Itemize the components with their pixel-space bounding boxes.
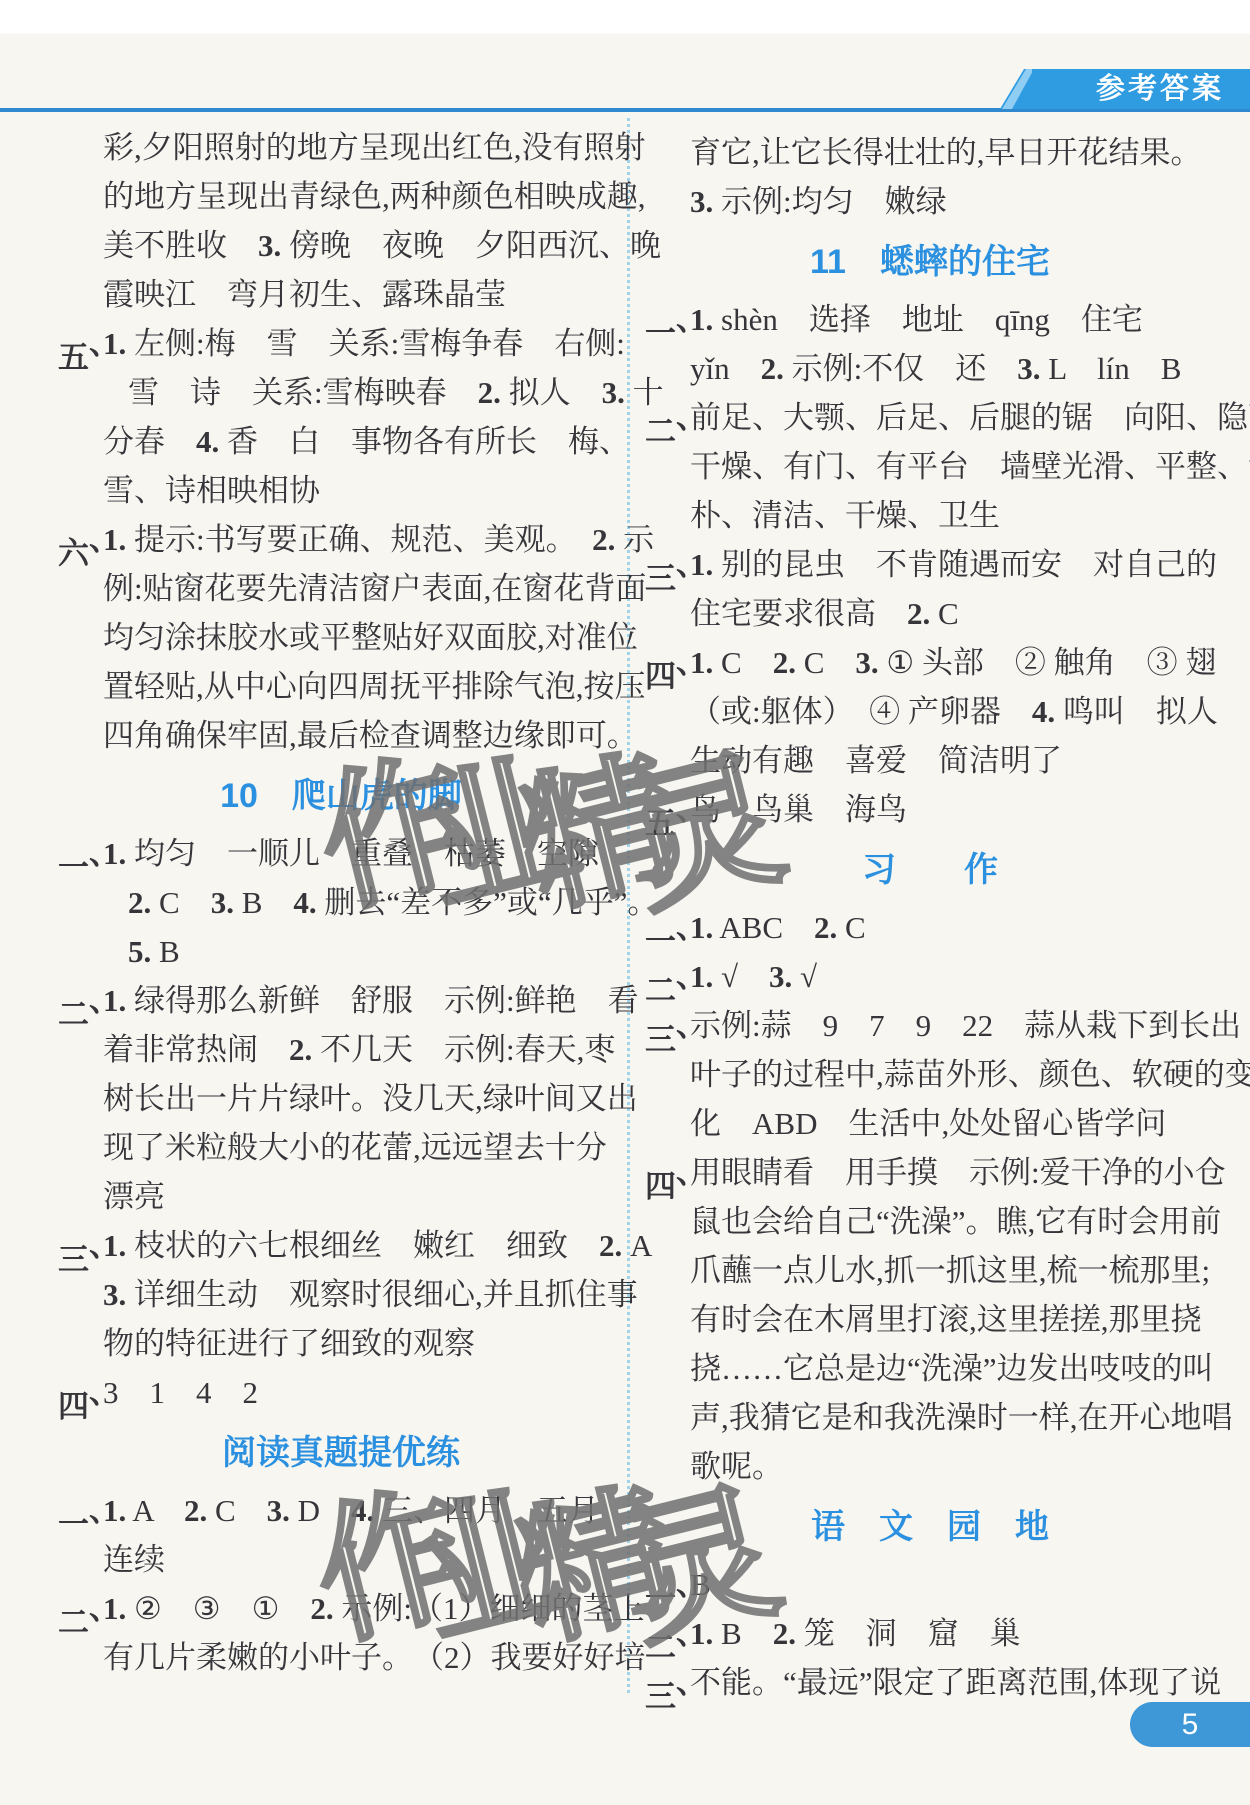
answer-line: 鸟 鸟巢 海鸟 xyxy=(690,785,1215,834)
section-header: 习 作 xyxy=(645,845,1215,895)
reference-answers-label: 参考答案 xyxy=(1096,69,1224,109)
answer-line: 有几片柔嫩的小叶子。 （2）我要好好培 xyxy=(103,1633,624,1682)
answer-line: 声,我猜它是和我洗澡时一样,在开心地唱 xyxy=(690,1393,1215,1442)
answer-line: 3. 详细生动 观察时很细心,并且抓住事 xyxy=(103,1270,624,1319)
item-marker: 四、 xyxy=(645,638,689,701)
answer-line: yǐn 2. 示例:不仅 还 3. L lín B xyxy=(690,344,1215,393)
item-marker: 三、 xyxy=(645,1001,689,1064)
answer-line: 1. 均匀 一顺儿 重叠 枯萎 空隙 xyxy=(103,829,624,878)
answer-line: 美不胜收 3. 傍晚 夜晚 夕阳西沉、晚 xyxy=(103,221,624,270)
item-marker: 六、 xyxy=(58,515,102,578)
answer-line: 用眼睛看 用手摸 示例:爱干净的小仓 xyxy=(690,1148,1215,1197)
right-column: 育它,让它长得壮壮的,早日开花结果。3. 示例:均匀 嫩绿11 蟋蟀的住宅一、1… xyxy=(645,128,1215,1707)
answer-line: （或:躯体） ④ 产卵器 4. 鸣叫 拟人 xyxy=(690,687,1215,736)
answer-block: 二、1. √ 3. √ xyxy=(645,952,1215,1001)
item-marker: 二、 xyxy=(58,976,102,1039)
answer-block: 四、3 1 4 2 xyxy=(58,1368,624,1417)
answer-line: 1. 别的昆虫 不肯随遇而安 对自己的 xyxy=(690,540,1215,589)
answer-line: 1. B 2. 笼 洞 窟 巢 xyxy=(690,1609,1215,1658)
answer-block: 育它,让它长得壮壮的,早日开花结果。3. 示例:均匀 嫩绿 xyxy=(645,128,1215,226)
answer-line: 例:贴窗花要先清洁窗户表面,在窗花背面 xyxy=(103,564,624,613)
answer-line: 不能。“最远”限定了距离范围,体现了说 xyxy=(690,1658,1215,1707)
answer-block: 一、1. shèn 选择 地址 qīng 住宅yǐn 2. 示例:不仅 还 3.… xyxy=(645,295,1215,393)
answer-line: 1. shèn 选择 地址 qīng 住宅 xyxy=(690,295,1215,344)
answer-line: 叶子的过程中,蒜苗外形、颜色、软硬的变 xyxy=(690,1050,1215,1099)
answer-line: 彩,夕阳照射的地方呈现出红色,没有照射 xyxy=(103,123,624,172)
answer-line: 有时会在木屑里打滚,这里搓搓,那里挠 xyxy=(690,1295,1215,1344)
item-marker: 二、 xyxy=(645,393,689,456)
ribbon-edge-highlight xyxy=(1002,69,1032,109)
item-marker: 五、 xyxy=(645,785,689,848)
answer-block: 五、鸟 鸟巢 海鸟 xyxy=(645,785,1215,834)
answer-line: 育它,让它长得壮壮的,早日开花结果。 xyxy=(690,128,1215,177)
answer-block: 一、B xyxy=(645,1560,1215,1609)
item-marker: 二、 xyxy=(58,1584,102,1647)
reference-answers-tab: 参考答案 xyxy=(1000,69,1250,109)
page-number-badge: 5 xyxy=(1130,1702,1250,1747)
answer-block: 一、1. ABC 2. C xyxy=(645,903,1215,952)
answer-block: 二、1. 绿得那么新鲜 舒服 示例:鲜艳 看着非常热闹 2. 不几天 示例:春天… xyxy=(58,976,624,1221)
answer-line: 现了米粒般大小的花蕾,远远望去十分 xyxy=(103,1123,624,1172)
answer-line: 分春 4. 香 白 事物各有所长 梅、 xyxy=(103,417,624,466)
item-marker: 一、 xyxy=(58,829,102,892)
answer-line: 1. √ 3. √ xyxy=(690,952,1215,1001)
answer-line: 住宅要求很高 2. C xyxy=(690,589,1215,638)
answer-block: 三、1. 枝状的六七根细丝 嫩红 细致 2. A3. 详细生动 观察时很细心,并… xyxy=(58,1221,624,1368)
answer-line: 置轻贴,从中心向四周抚平排除气泡,按压 xyxy=(103,662,624,711)
answer-line: 雪、诗相映相协 xyxy=(103,466,624,515)
answer-block: 三、示例:蒜 9 7 9 22 蒜从栽下到长出叶子的过程中,蒜苗外形、颜色、软硬… xyxy=(645,1001,1215,1148)
answer-line: 朴、清洁、干燥、卫生 xyxy=(690,491,1215,540)
answer-block: 四、1. C 2. C 3. ① 头部 ② 触角 ③ 翅（或:躯体） ④ 产卵器… xyxy=(645,638,1215,785)
answer-block: 四、用眼睛看 用手摸 示例:爱干净的小仓鼠也会给自己“洗澡”。瞧,它有时会用前爪… xyxy=(645,1148,1215,1491)
answer-line: 生动有趣 喜爱 简洁明了 xyxy=(690,736,1215,785)
answer-line: 鼠也会给自己“洗澡”。瞧,它有时会用前 xyxy=(690,1197,1215,1246)
answer-line: 物的特征进行了细致的观察 xyxy=(103,1319,624,1368)
item-marker: 三、 xyxy=(645,540,689,603)
answer-line: 四角确保牢固,最后检查调整边缘即可。 xyxy=(103,711,624,760)
answer-line: 1. 左侧:梅 雪 关系:雪梅争春 右侧: xyxy=(103,319,624,368)
item-marker: 一、 xyxy=(645,295,689,358)
answer-block: 一、1. 均匀 一顺儿 重叠 枯萎 空隙2. C 3. B 4. 删去“差不多”… xyxy=(58,829,624,976)
item-marker: 四、 xyxy=(645,1148,689,1211)
answer-line: 1. A 2. C 3. D 4. 三、四月 五月 xyxy=(103,1486,624,1535)
item-marker: 四、 xyxy=(58,1368,102,1431)
section-header: 10 爬山虎的脚 xyxy=(58,771,624,821)
answer-line: 示例:蒜 9 7 9 22 蒜从栽下到长出 xyxy=(690,1001,1215,1050)
answer-block: 二、前足、大颚、后足、后腿的锯 向阳、隐蔽、干燥、有门、有平台 墙壁光滑、平整、… xyxy=(645,393,1215,540)
answer-line: 树长出一片片绿叶。没几天,绿叶间又出 xyxy=(103,1074,624,1123)
left-column: 彩,夕阳照射的地方呈现出红色,没有照射的地方呈现出青绿色,两种颜色相映成趣,美不… xyxy=(58,123,624,1682)
item-marker: 一、 xyxy=(58,1486,102,1549)
answer-line: 干燥、有门、有平台 墙壁光滑、平整、简 xyxy=(690,442,1215,491)
answer-line: 化 ABD 生活中,处处留心皆学问 xyxy=(690,1099,1215,1148)
answer-line: 3. 示例:均匀 嫩绿 xyxy=(690,177,1215,226)
answer-line: 雪 诗 关系:雪梅映春 2. 拟人 3. 十 xyxy=(103,368,624,417)
answer-block: 一、1. A 2. C 3. D 4. 三、四月 五月连续 xyxy=(58,1486,624,1584)
answer-block: 二、1. ② ③ ① 2. 示例:（1）细细的茎上有几片柔嫩的小叶子。 （2）我… xyxy=(58,1584,624,1682)
answer-line: 3 1 4 2 xyxy=(103,1368,624,1417)
answer-line: 5. B xyxy=(103,927,624,976)
answer-line: 歌呢。 xyxy=(690,1442,1215,1491)
answer-line: 着非常热闹 2. 不几天 示例:春天,枣 xyxy=(103,1025,624,1074)
answer-line: 1. 绿得那么新鲜 舒服 示例:鲜艳 看 xyxy=(103,976,624,1025)
page-number: 5 xyxy=(1182,1708,1199,1742)
answer-line: 前足、大颚、后足、后腿的锯 向阳、隐蔽、 xyxy=(690,393,1215,442)
answer-block: 三、1. 别的昆虫 不肯随遇而安 对自己的住宅要求很高 2. C xyxy=(645,540,1215,638)
section-header: 语 文 园 地 xyxy=(645,1502,1215,1552)
answer-line: 爪蘸一点儿水,抓一抓这里,梳一梳那里; xyxy=(690,1246,1215,1295)
item-marker: 三、 xyxy=(645,1658,689,1721)
answer-line: 的地方呈现出青绿色,两种颜色相映成趣, xyxy=(103,172,624,221)
answer-line: 1. C 2. C 3. ① 头部 ② 触角 ③ 翅 xyxy=(690,638,1215,687)
answer-line: 连续 xyxy=(103,1535,624,1584)
answer-line: 漂亮 xyxy=(103,1172,624,1221)
item-marker: 三、 xyxy=(58,1221,102,1284)
answer-block: 二、1. B 2. 笼 洞 窟 巢 xyxy=(645,1609,1215,1658)
answer-block: 六、1. 提示:书写要正确、规范、美观。 2. 示例:贴窗花要先清洁窗户表面,在… xyxy=(58,515,624,760)
answer-key-page: 参考答案 彩,夕阳照射的地方呈现出红色,没有照射的地方呈现出青绿色,两种颜色相映… xyxy=(0,0,1250,1805)
answer-line: 霞映江 弯月初生、露珠晶莹 xyxy=(103,270,624,319)
answer-line: 1. 提示:书写要正确、规范、美观。 2. 示 xyxy=(103,515,624,564)
item-marker: 五、 xyxy=(58,319,102,382)
answer-line: 1. ② ③ ① 2. 示例:（1）细细的茎上 xyxy=(103,1584,624,1633)
section-header: 阅读真题提优练 xyxy=(58,1428,624,1478)
section-header: 11 蟋蟀的住宅 xyxy=(645,237,1215,287)
answer-line: 1. 枝状的六七根细丝 嫩红 细致 2. A xyxy=(103,1221,624,1270)
answer-line: 挠……它总是边“洗澡”边发出吱吱的叫 xyxy=(690,1344,1215,1393)
answer-line: 2. C 3. B 4. 删去“差不多”或“几乎”。 xyxy=(103,878,624,927)
answer-block: 彩,夕阳照射的地方呈现出红色,没有照射的地方呈现出青绿色,两种颜色相映成趣,美不… xyxy=(58,123,624,319)
answer-line: 均匀涂抹胶水或平整贴好双面胶,对准位 xyxy=(103,613,624,662)
answer-line: 1. ABC 2. C xyxy=(690,903,1215,952)
answer-block: 三、不能。“最远”限定了距离范围,体现了说 xyxy=(645,1658,1215,1707)
answer-block: 五、1. 左侧:梅 雪 关系:雪梅争春 右侧:雪 诗 关系:雪梅映春 2. 拟人… xyxy=(58,319,624,515)
answer-line: B xyxy=(690,1560,1215,1609)
